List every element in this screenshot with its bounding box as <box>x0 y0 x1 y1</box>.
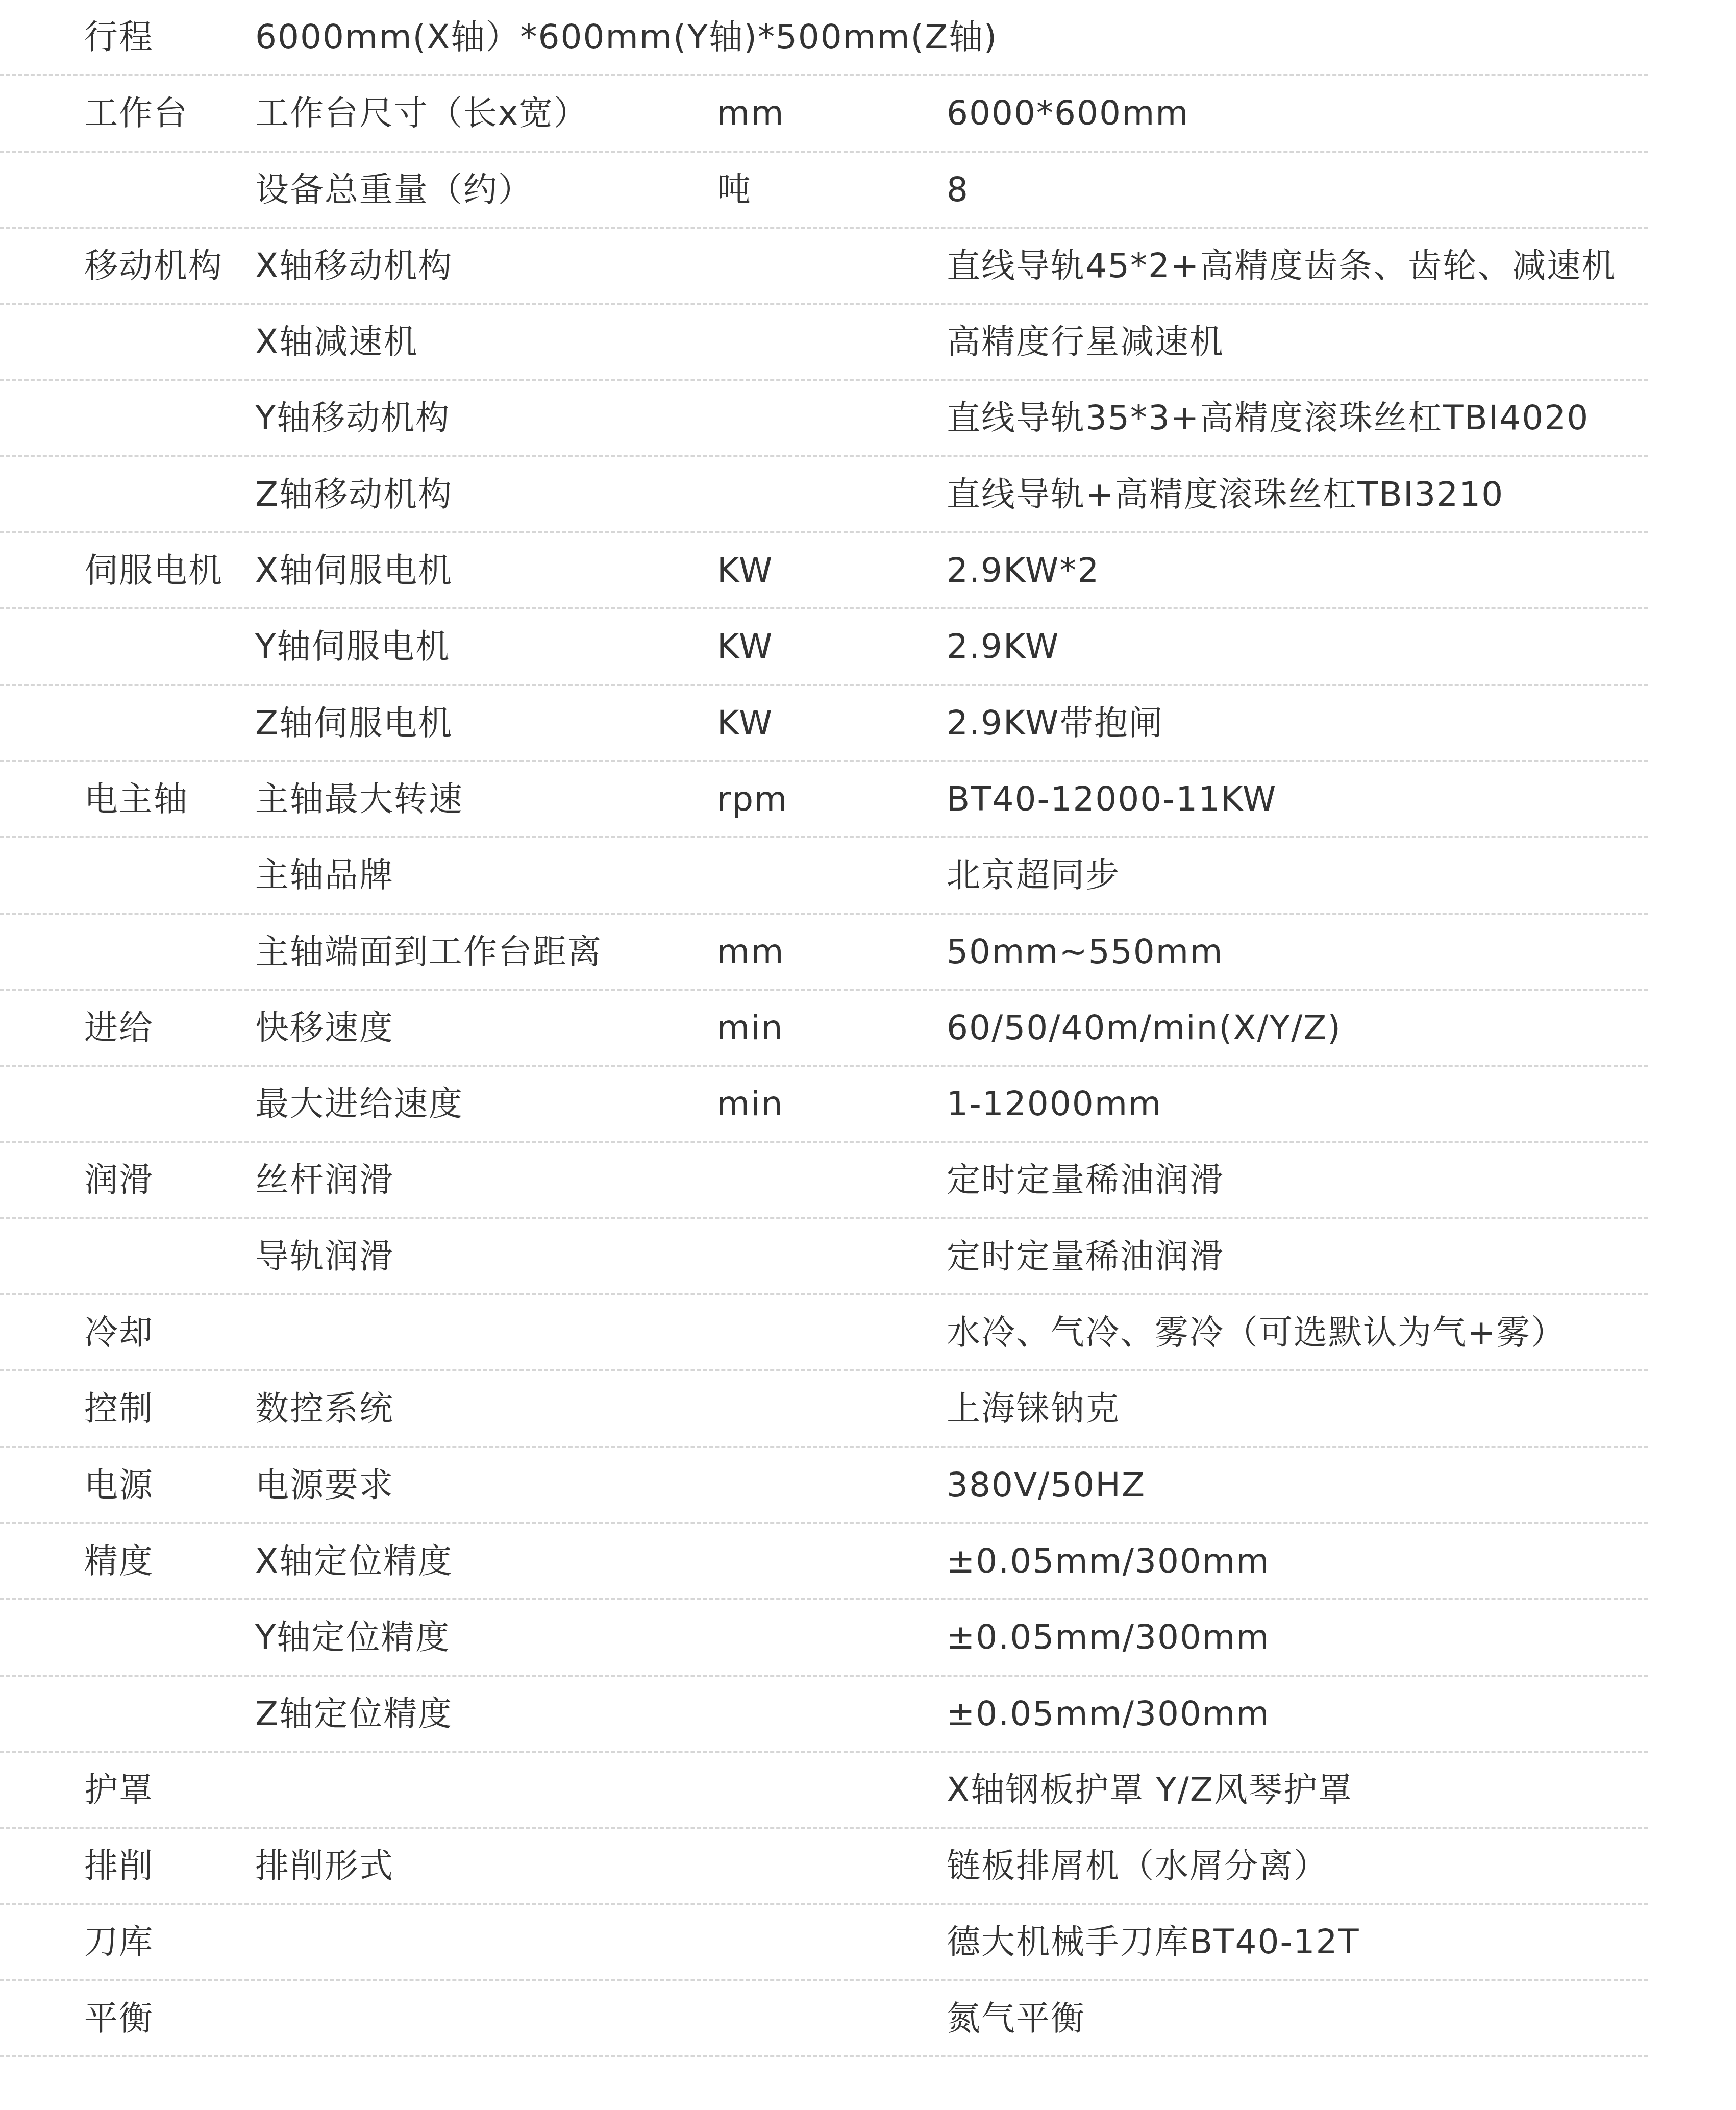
row-unit: rpm <box>717 762 788 836</box>
row-category: 移动机构 <box>84 229 223 303</box>
row-unit: 吨 <box>717 153 752 227</box>
row-value: 50mm~550mm <box>947 915 1223 989</box>
row-unit: min <box>717 991 783 1065</box>
row-category: 进给 <box>84 991 154 1065</box>
row-value: 60/50/40m/min(X/Y/Z) <box>947 991 1342 1065</box>
row-value: 直线导轨+高精度滚珠丝杠TBI3210 <box>947 457 1504 531</box>
table-row: Z轴移动机构直线导轨+高精度滚珠丝杠TBI3210 <box>0 457 1648 533</box>
table-row: Y轴伺服电机KW2.9KW <box>0 609 1648 685</box>
row-item: 工作台尺寸（长x宽） <box>255 76 588 150</box>
row-item: 快移速度 <box>255 991 394 1065</box>
row-category: 工作台 <box>84 76 188 150</box>
row-value: 6000*600mm <box>947 76 1189 150</box>
row-item: 最大进给速度 <box>255 1067 463 1141</box>
row-value: 高精度行星减速机 <box>947 305 1224 379</box>
row-item: 导轨润滑 <box>255 1219 394 1293</box>
row-category: 刀库 <box>84 1905 154 1979</box>
table-row: 移动机构X轴移动机构直线导轨45*2+高精度齿条、齿轮、减速机 <box>0 229 1648 305</box>
row-unit: KW <box>717 533 773 607</box>
row-item: Z轴伺服电机 <box>255 686 453 760</box>
row-item: 数控系统 <box>255 1371 394 1445</box>
row-item: 丝杆润滑 <box>255 1143 394 1217</box>
table-row: 工作台工作台尺寸（长x宽）mm6000*600mm <box>0 76 1648 152</box>
row-item: Y轴伺服电机 <box>255 609 450 683</box>
table-row: 平衡氮气平衡 <box>0 1981 1648 2057</box>
row-unit: mm <box>717 915 785 989</box>
row-category: 润滑 <box>84 1143 154 1217</box>
row-unit: KW <box>717 686 773 760</box>
row-category: 电主轴 <box>84 762 188 836</box>
row-item: 排削形式 <box>255 1829 394 1903</box>
row-value: 定时定量稀油润滑 <box>947 1219 1224 1293</box>
row-item: X轴移动机构 <box>255 229 453 303</box>
table-row: 排削排削形式链板排屑机（水屑分离） <box>0 1829 1648 1905</box>
table-row: 导轨润滑定时定量稀油润滑 <box>0 1219 1648 1295</box>
row-item: 设备总重量（约） <box>255 153 533 227</box>
row-value: 水冷、气冷、雾冷（可选默认为气+雾） <box>947 1295 1566 1369</box>
row-item: 主轴端面到工作台距离 <box>255 915 602 989</box>
table-row: 护罩X轴钢板护罩 Y/Z风琴护罩 <box>0 1753 1648 1829</box>
table-row: 进给快移速度min60/50/40m/min(X/Y/Z) <box>0 991 1648 1067</box>
row-value: 北京超同步 <box>947 838 1120 912</box>
table-row: 冷却水冷、气冷、雾冷（可选默认为气+雾） <box>0 1295 1648 1371</box>
table-row: 设备总重量（约）吨8 <box>0 153 1648 229</box>
row-category: 电源 <box>84 1448 154 1522</box>
row-value: X轴钢板护罩 Y/Z风琴护罩 <box>947 1753 1353 1827</box>
row-item: 主轴品牌 <box>255 838 394 912</box>
table-row: 精度X轴定位精度±0.05mm/300mm <box>0 1524 1648 1600</box>
row-category: 冷却 <box>84 1295 154 1369</box>
table-row: 电源电源要求380V/50HZ <box>0 1448 1648 1524</box>
row-value: 2.9KW带抱闸 <box>947 686 1163 760</box>
row-unit: mm <box>717 76 785 150</box>
table-row: Z轴定位精度±0.05mm/300mm <box>0 1677 1648 1753</box>
row-value: BT40-12000-11KW <box>947 762 1277 836</box>
row-value: 氮气平衡 <box>947 1981 1085 2055</box>
row-value: 德大机械手刀库BT40-12T <box>947 1905 1360 1979</box>
row-value: 直线导轨35*3+高精度滚珠丝杠TBI4020 <box>947 381 1589 455</box>
row-category: 控制 <box>84 1371 154 1445</box>
row-item: 6000mm(X轴）*600mm(Y轴)*500mm(Z轴) <box>255 0 998 74</box>
row-value: ±0.05mm/300mm <box>947 1600 1270 1674</box>
table-row: 主轴端面到工作台距离mm50mm~550mm <box>0 915 1648 991</box>
table-row: 润滑丝杆润滑定时定量稀油润滑 <box>0 1143 1648 1219</box>
table-row: X轴减速机高精度行星减速机 <box>0 305 1648 381</box>
row-category: 行程 <box>84 0 154 74</box>
table-row: 电主轴主轴最大转速rpmBT40-12000-11KW <box>0 762 1648 838</box>
row-unit: KW <box>717 609 773 683</box>
row-item: 电源要求 <box>255 1448 394 1522</box>
row-item: Y轴定位精度 <box>255 1600 450 1674</box>
table-row: 控制数控系统上海铼钠克 <box>0 1371 1648 1447</box>
row-value: 8 <box>947 153 969 227</box>
row-category: 排削 <box>84 1829 154 1903</box>
table-row: 行程6000mm(X轴）*600mm(Y轴)*500mm(Z轴) <box>0 0 1648 76</box>
row-item: Z轴定位精度 <box>255 1677 453 1751</box>
row-category: 护罩 <box>84 1753 154 1827</box>
row-value: ±0.05mm/300mm <box>947 1677 1270 1751</box>
row-value: 2.9KW <box>947 609 1059 683</box>
row-value: 上海铼钠克 <box>947 1371 1120 1445</box>
row-item: 主轴最大转速 <box>255 762 463 836</box>
table-row: Y轴定位精度±0.05mm/300mm <box>0 1600 1648 1676</box>
row-item: Z轴移动机构 <box>255 457 453 531</box>
row-value: 380V/50HZ <box>947 1448 1146 1522</box>
row-item: Y轴移动机构 <box>255 381 450 455</box>
table-row: Z轴伺服电机KW2.9KW带抱闸 <box>0 686 1648 762</box>
table-row: Y轴移动机构直线导轨35*3+高精度滚珠丝杠TBI4020 <box>0 381 1648 457</box>
table-row: 伺服电机X轴伺服电机KW2.9KW*2 <box>0 533 1648 609</box>
row-value: 1-12000mm <box>947 1067 1162 1141</box>
spec-table: 行程6000mm(X轴）*600mm(Y轴)*500mm(Z轴)工作台工作台尺寸… <box>0 0 1648 2057</box>
row-value: 链板排屑机（水屑分离） <box>947 1829 1328 1903</box>
row-category: 精度 <box>84 1524 154 1598</box>
row-value: 2.9KW*2 <box>947 533 1100 607</box>
row-category: 伺服电机 <box>84 533 223 607</box>
row-unit: min <box>717 1067 783 1141</box>
row-value: 定时定量稀油润滑 <box>947 1143 1224 1217</box>
table-row: 最大进给速度min1-12000mm <box>0 1067 1648 1143</box>
row-item: X轴减速机 <box>255 305 418 379</box>
table-row: 刀库德大机械手刀库BT40-12T <box>0 1905 1648 1981</box>
row-item: X轴伺服电机 <box>255 533 453 607</box>
row-item: X轴定位精度 <box>255 1524 453 1598</box>
row-category: 平衡 <box>84 1981 154 2055</box>
row-value: 直线导轨45*2+高精度齿条、齿轮、减速机 <box>947 229 1616 303</box>
table-row: 主轴品牌北京超同步 <box>0 838 1648 914</box>
row-value: ±0.05mm/300mm <box>947 1524 1270 1598</box>
